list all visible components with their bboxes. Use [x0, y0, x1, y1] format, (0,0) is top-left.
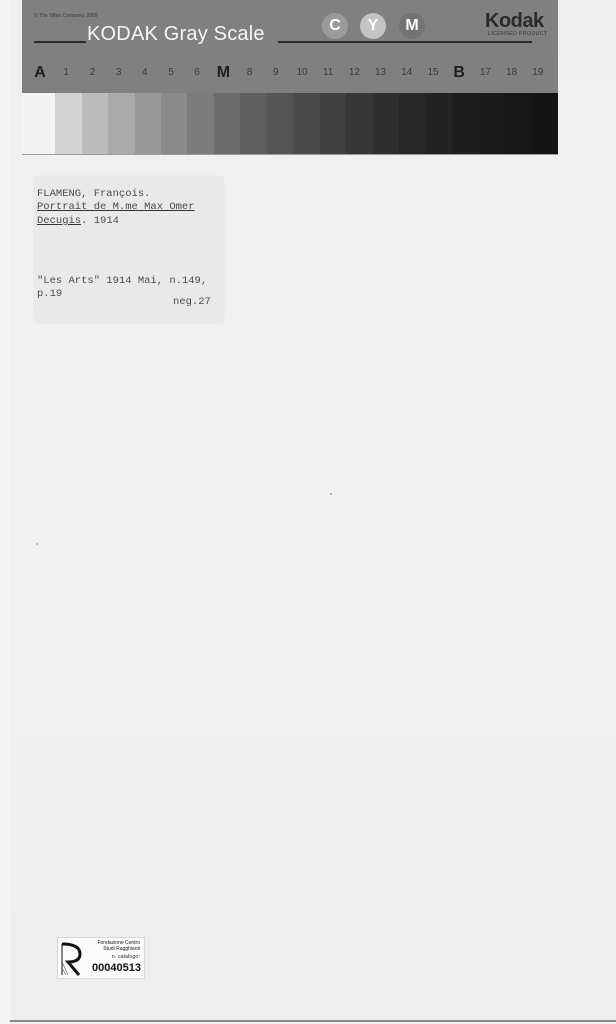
copyright-text: © The Tiffen Company, 2000: [34, 13, 97, 19]
scale-label: 12: [349, 62, 360, 84]
scale-label: 10: [296, 62, 307, 84]
scale-label: 13: [375, 62, 386, 84]
title-rule-left: [34, 41, 86, 43]
scale-label: 8: [247, 62, 253, 84]
gray-patch: [108, 93, 134, 154]
card-year: . 1914: [81, 215, 119, 227]
left-margin: [0, 0, 10, 1024]
catalog-label: n. catalogo:: [112, 954, 140, 960]
scale-label: B: [453, 62, 465, 84]
card-negative: neg.27: [173, 296, 211, 308]
card-title-line: Portrait de M.me Max Omer: [37, 201, 195, 213]
gray-patch: [161, 93, 187, 154]
gray-patch: [505, 93, 531, 154]
scale-label: 3: [116, 62, 122, 84]
kodak-logo: Kodak: [485, 10, 544, 33]
speck: [36, 543, 38, 545]
gray-patch: [240, 93, 266, 154]
archive-stamp: Fondazione Centro Studi Ragghianti n. ca…: [57, 937, 145, 979]
kodak-gray-scale-target: © The Tiffen Company, 2000 KODAK Gray Sc…: [22, 0, 558, 155]
scale-labels: A123456M89101112131415B171819: [22, 62, 558, 84]
title-rule-right: [278, 41, 532, 43]
kodak-licensed-text: LICENSED PRODUCT: [488, 31, 547, 37]
scale-label: 1: [63, 62, 69, 84]
cyan-badge-icon: C: [322, 13, 348, 39]
gray-patch: [55, 93, 81, 154]
scale-label: 17: [480, 62, 491, 84]
gray-patch: [399, 93, 425, 154]
scale-label: A: [34, 62, 46, 84]
speck: [330, 493, 332, 495]
stamp-org-line-2: Studi Ragghianti: [97, 946, 140, 952]
gray-patch: [320, 93, 346, 154]
scale-label: 9: [273, 62, 279, 84]
gray-patch: [426, 93, 452, 154]
gray-patch: [452, 93, 478, 154]
gray-patches: [22, 93, 558, 154]
target-title: KODAK Gray Scale: [87, 23, 265, 46]
gray-patch: [82, 93, 108, 154]
gray-patch: [479, 93, 505, 154]
yellow-badge-icon: Y: [360, 13, 386, 39]
card-source: "Les Arts" 1914 Mai, n.149,: [37, 275, 207, 287]
gray-patch: [346, 93, 372, 154]
scale-label: 19: [532, 62, 543, 84]
scale-label: M: [217, 62, 230, 84]
card-artist: FLAMENG, François.: [37, 188, 150, 200]
scale-label: 14: [401, 62, 412, 84]
card-title-end: Decugis: [37, 215, 81, 227]
ragghianti-logo-icon: [60, 942, 82, 976]
scale-label: 6: [194, 62, 200, 84]
gray-patch: [532, 93, 558, 154]
scale-label: 15: [427, 62, 438, 84]
card-page: p.19: [37, 288, 62, 300]
gray-patch: [373, 93, 399, 154]
gray-patch: [293, 93, 319, 154]
magenta-badge-icon: M: [399, 13, 425, 39]
scale-label: 18: [506, 62, 517, 84]
card-title-line-2: Decugis. 1914: [37, 215, 119, 227]
scale-label: 2: [90, 62, 96, 84]
gray-patch: [135, 93, 161, 154]
gray-patch: [22, 93, 55, 154]
gray-patch: [214, 93, 240, 154]
gray-patch: [187, 93, 213, 154]
scale-label: 4: [142, 62, 148, 84]
scale-label: 5: [168, 62, 174, 84]
catalog-number: 00040513: [92, 962, 141, 974]
gray-patch: [267, 93, 293, 154]
scale-label: 11: [323, 62, 333, 84]
catalog-card: FLAMENG, François. Portrait de M.me Max …: [34, 176, 224, 323]
stamp-organization: Fondazione Centro Studi Ragghianti: [97, 940, 140, 952]
